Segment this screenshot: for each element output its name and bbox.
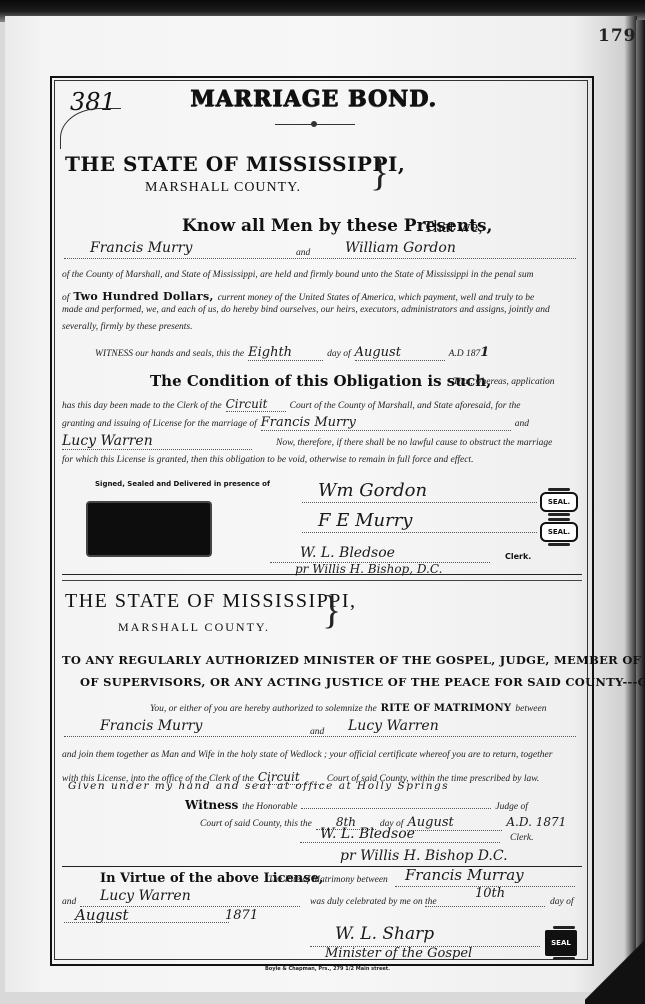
judge-of-text: Judge of [495,802,527,812]
license-text: granting and issuing of License for the … [62,419,257,429]
seal-icon: SEAL [545,930,577,956]
witness-judge-line: Witness the Honorable Judge of [185,796,528,814]
seal-icon: SEAL. [540,492,578,512]
minister-title: Minister of the Gospel [325,946,472,961]
celebrated-text: was duly celebrated by me on the [310,897,437,907]
witness-prefix: WITNESS our hands and seals, this the [95,349,244,359]
license-year: A.D. 1871 [506,815,566,829]
page-number: 179 [598,26,637,46]
clerk-label: Clerk. [505,552,531,561]
license-clerk-line [300,842,500,843]
obstruct-text: Now, therefore, if there shall be no law… [276,438,552,448]
judge-blank [301,808,491,809]
authorize-text: You, or either of you are hereby authori… [150,704,377,714]
condition-line-1: has this day been made to the Clerk of t… [62,395,520,413]
signature-line-2 [302,532,537,533]
principal-name: Francis Murry [90,240,192,256]
bride-name: Lucy Warren [62,433,252,450]
license-county-heading: MARSHALL COUNTY. [118,620,270,635]
and-text: and [515,419,529,429]
return-bride: Lucy Warren [100,888,191,904]
return-groom: Francis Murray [405,866,524,884]
between-text: between [515,704,546,714]
scan-right-edge [636,20,645,1004]
of-text: of [62,293,69,303]
scan-corner [585,934,645,1004]
condition-line-3: Lucy Warren Now, therefore, if there sha… [62,432,552,450]
that-we-text: That we, [423,217,482,237]
signature-surety: Wm Gordon [318,480,427,501]
page-title: MARRIAGE BOND. [190,86,437,112]
rite-of-matrimony: RITE OF MATRIMONY [381,703,512,714]
greeting-line-2: OF SUPERVISORS, OR ANY ACTING JUSTICE OF… [80,675,645,689]
honorable-text: the Honorable [242,802,297,812]
seal-icon: SEAL. [540,522,578,542]
brace-icon: } [322,586,341,633]
license-groom: Francis Murry [100,718,202,734]
witness-month: August [355,345,445,361]
license-clerk-label: Clerk. [510,833,533,843]
and-text: and [296,248,310,258]
signature-line-1 [302,502,537,503]
section-divider [62,574,582,575]
section-divider [62,580,582,581]
license-bride: Lucy Warren [348,718,439,734]
condition-line-2: granting and issuing of License for the … [62,413,529,431]
signed-label: Signed, Sealed and Delivered in presence… [95,480,270,488]
witness-day: Eighth [248,345,323,361]
names-line [64,258,576,259]
court-text: Court of the County of Marshall, and Sta… [290,401,521,411]
clerk-signature: W. L. Bledsoe [300,545,395,561]
wedlock-line: and join them together as Man and Wife i… [62,750,552,760]
clerk-text: has this day been made to the Clerk of t… [62,401,222,411]
currency-text: current money of the United States of Am… [218,293,535,303]
condition-tail: That, whereas, application [453,377,555,387]
return-year: 1871 [225,908,258,923]
condition-line-4: for which this License is granted, then … [62,455,473,465]
bond-text-line-2: of Two Hundred Dollars, current money of… [62,287,534,305]
court-date-text: Court of said County, this the [200,819,312,829]
title-ornament [275,124,355,131]
given-under-note: Given under my hand and seal at office a… [68,780,449,792]
revenue-stamp [88,503,210,555]
minister-signature: W. L. Sharp [335,924,434,944]
bond-text-line-4: severally, firmly by these presents. [62,322,193,332]
bond-text-line-3: made and performed, we, and each of us, … [62,305,550,315]
state-heading: THE STATE OF MISSISSIPPI, [65,152,405,176]
county-heading: MARSHALL COUNTY. [145,180,301,196]
and-text: and [310,727,324,737]
groom-name: Francis Murry [261,415,511,431]
license-state-heading: THE STATE OF MISSISSIPPI, [65,590,357,613]
return-day: 10th [475,886,505,901]
greeting-line-1: TO ANY REGULARLY AUTHORIZED MINISTER OF … [62,653,645,667]
license-month: August [407,815,502,831]
return-day-line [425,906,545,907]
day-of-text: day of [327,349,350,359]
witness-year-digit: 1 [480,345,489,360]
penal-sum: Two Hundred Dollars, [73,290,213,303]
court-name: Circuit [226,397,286,412]
condition-heading: The Condition of this Obligation is such… [150,372,491,390]
bond-text-line-1: of the County of Marshall, and State of … [62,270,533,280]
rite-between-text: The Rite of Matrimony between [268,875,388,885]
return-month: August [75,906,128,924]
printer-imprint: Boyle & Chapman, Prs., 279 1/2 Main stre… [265,966,390,972]
license-clerk-signature: W. L. Bledsoe [320,826,415,842]
signature-principal: F E Murry [318,510,412,531]
witness-word: Witness [185,798,238,812]
witness-ad: A.D 187 [449,349,481,359]
day-of-text: day of [550,897,573,907]
witness-date-line: WITNESS our hands and seals, this the Ei… [95,343,489,361]
license-deputy: pr Willis H. Bishop D.C. [340,848,508,864]
surety-name: William Gordon [345,240,456,256]
authorization-line: You, or either of you are hereby authori… [150,698,547,716]
brace-icon: } [370,148,389,195]
